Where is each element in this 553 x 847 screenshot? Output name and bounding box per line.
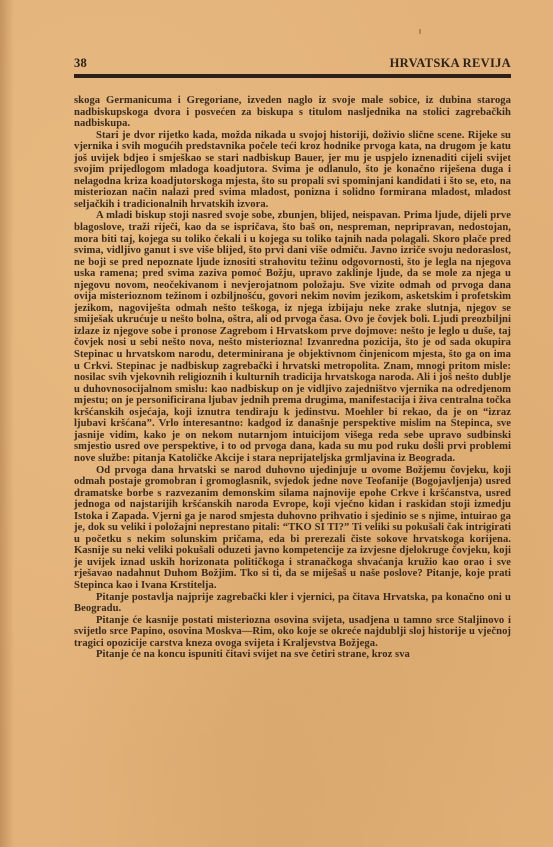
running-header: 38 HRVATSKA REVIJA (74, 57, 511, 71)
paragraph: Od prvoga dana hrvatski se narod duhovno… (74, 465, 511, 592)
page-number: 38 (74, 56, 87, 71)
paragraph: Pitanje će na koncu ispuniti čitavi svij… (74, 649, 511, 661)
paragraph: Pitanje postavlja najprije zagrebački kl… (74, 592, 511, 615)
paragraph: Pitanje će kasnije postati misteriozna o… (74, 615, 511, 650)
paragraph: Stari je dvor rijetko kada, možda nikada… (74, 130, 511, 211)
page-edge-shadow (0, 0, 14, 847)
paper-speck (419, 29, 421, 34)
article-body: skoga Germanicuma i Gregoriane, izveden … (74, 95, 511, 661)
paragraph: skoga Germanicuma i Gregoriane, izveden … (74, 95, 511, 130)
header-rule (74, 74, 511, 78)
journal-title: HRVATSKA REVIJA (390, 56, 511, 71)
paragraph: A mladi biskup stoji nasred svoje sobe, … (74, 210, 511, 464)
